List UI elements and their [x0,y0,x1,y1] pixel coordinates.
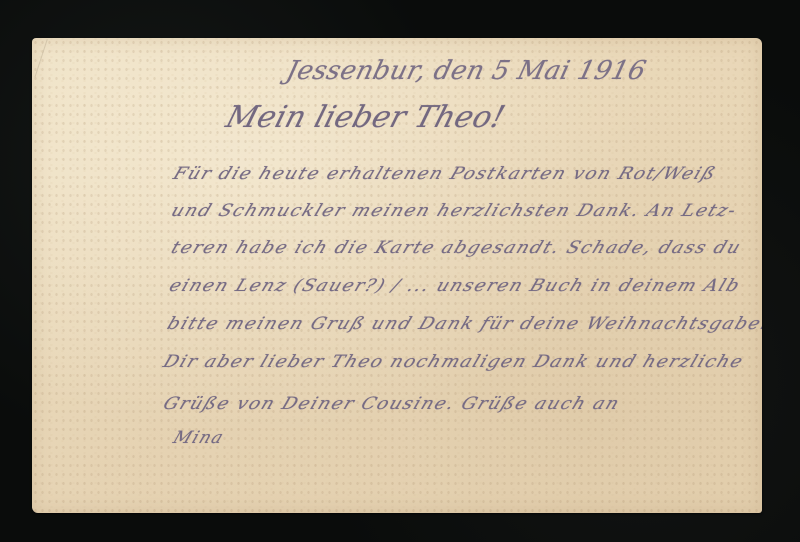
letter-line-5: bitte meinen Gruß und Dank für deine Wei… [164,314,762,334]
place-and-date: Jessenbur, den 5 Mai 1916 [283,56,649,86]
letter-line-2: und Schmuckler meinen herzlichsten Dank.… [168,201,740,221]
letter-line-6: Dir aber lieber Theo nochmaligen Dank un… [160,352,746,372]
postcard: Jessenbur, den 5 Mai 1916 Mein lieber Th… [32,38,762,513]
letter-line-4: einen Lenz (Sauer?) / ... unseren Buch i… [166,276,743,296]
letter-line-3: teren habe ich die Karte abgesandt. Scha… [168,238,744,258]
signature: Mina [170,428,227,448]
salutation: Mein lieber Theo! [222,100,509,135]
letter-line-1: Für die heute erhaltenen Postkarten von … [170,164,719,184]
paper-crease [34,39,70,85]
letter-line-7: Grüße von Deiner Cousine. Grüße auch an [160,394,623,414]
